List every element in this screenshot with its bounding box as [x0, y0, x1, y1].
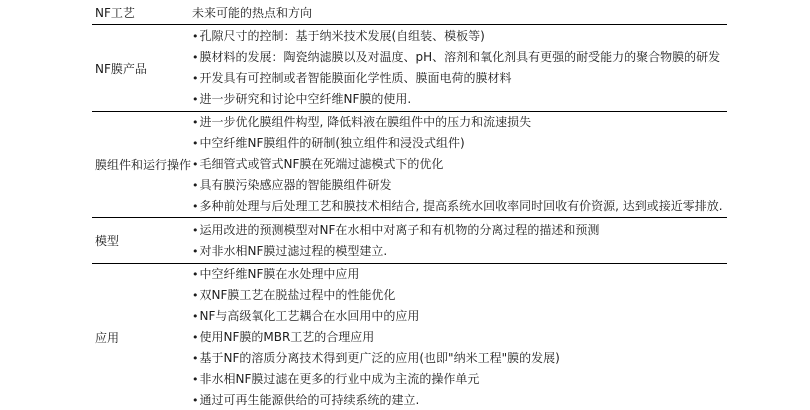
header-category-cell: NF工艺 [92, 0, 192, 24]
bullet-icon: • [192, 68, 199, 89]
table-row: NF膜产品•孔隙尺寸的控制：基于纳米技术发展(自组装、模板等)•膜材料的发展：陶… [92, 25, 727, 112]
bullet-item-text: 具有膜污染感应器的智能膜组件研发 [200, 178, 392, 192]
row-items: •进一步优化膜组件构型, 降低料液在膜组件中的压力和流速损失•中空纤维NF膜组件… [192, 112, 727, 217]
bullet-item-text: NF与高级氧化工艺耦合在水回用中的应用 [200, 309, 420, 323]
row-items: •中空纤维NF膜在水处理中应用•双NF膜工艺在脱盐过程中的性能优化•NF与高级氧… [192, 264, 727, 410]
bullet-icon: • [192, 26, 199, 47]
bullet-icon: • [192, 327, 199, 348]
bullet-item: •运用改进的预测模型对NF在水相中对离子和有机物的分离过程的描述和预测 [192, 220, 727, 241]
bullet-item-text: 非水相NF膜过滤在更多的行业中成为主流的操作单元 [200, 372, 480, 386]
bullet-icon: • [192, 196, 199, 217]
bullet-item: •双NF膜工艺在脱盐过程中的性能优化 [192, 285, 727, 306]
bullet-icon: • [192, 133, 199, 154]
bullet-item-text: 毛细管式或管式NF膜在死端过滤模式下的优化 [200, 157, 444, 171]
table-header-row: NF工艺 未来可能的热点和方向 [92, 0, 727, 25]
bullet-item: •中空纤维NF膜组件的研制(独立组件和浸没式组件) [192, 133, 727, 154]
row-category-label: 应用 [92, 264, 192, 410]
row-items: •运用改进的预测模型对NF在水相中对离子和有机物的分离过程的描述和预测•对非水相… [192, 218, 727, 263]
bullet-icon: • [192, 175, 199, 196]
bullet-icon: • [192, 390, 199, 410]
bullet-item-text: 开发具有可控制或者智能膜面化学性质、膜面电荷的膜材料 [200, 71, 512, 85]
bullet-item: •中空纤维NF膜在水处理中应用 [192, 264, 727, 285]
bullet-item: •进一步优化膜组件构型, 降低料液在膜组件中的压力和流速损失 [192, 112, 727, 133]
bullet-icon: • [192, 306, 199, 327]
table-row: 膜组件和运行操作•进一步优化膜组件构型, 降低料液在膜组件中的压力和流速损失•中… [92, 112, 727, 218]
bullet-item-text: 膜材料的发展：陶瓷纳滤膜以及对温度、pH、溶剂和氧化剂具有更强的耐受能力的聚合物… [200, 50, 721, 64]
bullet-icon: • [192, 220, 199, 241]
row-category-label: NF膜产品 [92, 25, 192, 111]
bullet-item-text: 基于NF的溶质分离技术得到更广泛的应用(也即"纳米工程"膜的发展) [200, 351, 560, 365]
bullet-item: •通过可再生能源供给的可持续系统的建立. [192, 390, 727, 410]
bullet-icon: • [192, 348, 199, 369]
table-row: 模型•运用改进的预测模型对NF在水相中对离子和有机物的分离过程的描述和预测•对非… [92, 218, 727, 264]
header-title-cell: 未来可能的热点和方向 [192, 0, 727, 24]
bullet-item: •使用NF膜的MBR工艺的合理应用 [192, 327, 727, 348]
bullet-item: •孔隙尺寸的控制：基于纳米技术发展(自组装、模板等) [192, 26, 727, 47]
row-category-label: 膜组件和运行操作 [92, 112, 192, 217]
row-category-label: 模型 [92, 218, 192, 263]
bullet-icon: • [192, 112, 199, 133]
bullet-item-text: 双NF膜工艺在脱盐过程中的性能优化 [200, 288, 396, 302]
bullet-item: •NF与高级氧化工艺耦合在水回用中的应用 [192, 306, 727, 327]
bullet-item-text: 多种前处理与后处理工艺和膜技术相结合, 提高系统水回收率同时回收有价资源, 达到… [200, 199, 723, 213]
bullet-item-text: 进一步研究和讨论中空纤维NF膜的使用. [200, 92, 412, 106]
bullet-item: •对非水相NF膜过滤过程的模型建立. [192, 241, 727, 262]
future-directions-table: NF工艺 未来可能的热点和方向 NF膜产品•孔隙尺寸的控制：基于纳米技术发展(自… [92, 0, 727, 410]
bullet-item-text: 对非水相NF膜过滤过程的模型建立. [200, 244, 388, 258]
bullet-item: •膜材料的发展：陶瓷纳滤膜以及对温度、pH、溶剂和氧化剂具有更强的耐受能力的聚合… [192, 47, 727, 68]
bullet-item: •具有膜污染感应器的智能膜组件研发 [192, 175, 727, 196]
bullet-item: •多种前处理与后处理工艺和膜技术相结合, 提高系统水回收率同时回收有价资源, 达… [192, 196, 727, 217]
bullet-item-text: 通过可再生能源供给的可持续系统的建立. [200, 393, 420, 407]
bullet-icon: • [192, 154, 199, 175]
bullet-item-text: 孔隙尺寸的控制：基于纳米技术发展(自组装、模板等) [200, 29, 485, 43]
bullet-item-text: 进一步优化膜组件构型, 降低料液在膜组件中的压力和流速损失 [200, 115, 532, 129]
bullet-item: •开发具有可控制或者智能膜面化学性质、膜面电荷的膜材料 [192, 68, 727, 89]
table-row: 应用•中空纤维NF膜在水处理中应用•双NF膜工艺在脱盐过程中的性能优化•NF与高… [92, 264, 727, 410]
bullet-item-text: 运用改进的预测模型对NF在水相中对离子和有机物的分离过程的描述和预测 [200, 223, 600, 237]
bullet-item-text: 使用NF膜的MBR工艺的合理应用 [200, 330, 375, 344]
bullet-item-text: 中空纤维NF膜组件的研制(独立组件和浸没式组件) [200, 136, 465, 150]
bullet-icon: • [192, 47, 199, 68]
bullet-item: •毛细管式或管式NF膜在死端过滤模式下的优化 [192, 154, 727, 175]
row-items: •孔隙尺寸的控制：基于纳米技术发展(自组装、模板等)•膜材料的发展：陶瓷纳滤膜以… [192, 25, 727, 111]
bullet-icon: • [192, 89, 199, 110]
bullet-item: •进一步研究和讨论中空纤维NF膜的使用. [192, 89, 727, 110]
bullet-icon: • [192, 241, 199, 262]
bullet-item-text: 中空纤维NF膜在水处理中应用 [200, 267, 360, 281]
bullet-item: •非水相NF膜过滤在更多的行业中成为主流的操作单元 [192, 369, 727, 390]
bullet-icon: • [192, 285, 199, 306]
table-body: NF膜产品•孔隙尺寸的控制：基于纳米技术发展(自组装、模板等)•膜材料的发展：陶… [92, 25, 727, 410]
bullet-item: •基于NF的溶质分离技术得到更广泛的应用(也即"纳米工程"膜的发展) [192, 348, 727, 369]
bullet-icon: • [192, 264, 199, 285]
bullet-icon: • [192, 369, 199, 390]
